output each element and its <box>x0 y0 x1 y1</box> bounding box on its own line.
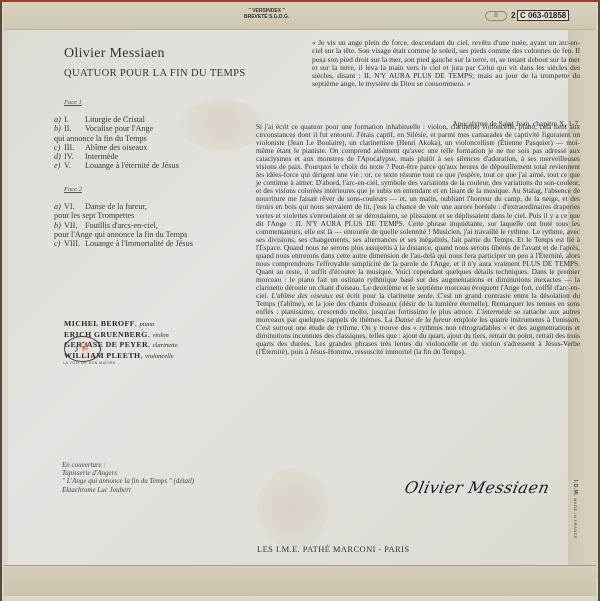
stain-mark <box>258 468 328 548</box>
track-title: Louange à l'éternité de Jésus <box>85 161 179 170</box>
stain-mark <box>178 100 268 150</box>
track-row: a)I.Liturgie de Cristal <box>54 115 179 124</box>
performer-instrument: piano <box>140 321 155 328</box>
track-number: III. <box>64 143 85 152</box>
track-letter: b) <box>54 124 64 133</box>
track-letter: d) <box>54 152 64 161</box>
track-title: Danse de la fureur, <box>85 202 193 211</box>
stereo-badge: B <box>485 11 507 21</box>
logo-caption: LA VOIX DE SON MAÎTRE <box>63 361 116 365</box>
track-row: d)IV.Intermède <box>54 152 179 161</box>
spine-brand: I.D.M. <box>572 480 578 496</box>
spine-print: I.D.M. MADE IN FRANCE <box>572 480 578 539</box>
performer-row: MICHEL BEROFF, piano <box>64 319 178 330</box>
track-row: c)VIII.Louange à l'Immortalité de Jésus <box>54 239 193 248</box>
side-2-tracklist: a)VI.Danse de la fureur,pour les sept Tr… <box>54 202 193 248</box>
performer-instrument: violoncelle <box>145 353 174 360</box>
track-row: c)III.Abîme des oiseaux <box>54 143 179 152</box>
track-title: Liturgie de Cristal <box>85 115 179 124</box>
cover-credit-line: Tapisserie d'Angers <box>62 469 194 477</box>
performer-instrument: violon <box>152 332 168 339</box>
essay-text: Si j'ai écrit ce quatuor pour une format… <box>256 122 580 300</box>
composer-signature: Olivier Messiaen <box>403 478 551 497</box>
track-row: a)VI.Danse de la fureur, <box>54 202 193 211</box>
track-title: Vocalise pour l'Ange <box>85 124 179 133</box>
versindex-mark: " VERSINDEX " BREVETÉ S.G.D.G. <box>244 8 289 20</box>
track-row: b)VII.Fouillis d'arcs-en-ciel, <box>54 221 193 230</box>
publisher-line: LES I.M.E. PATHÉ MARCONI - PARIS <box>257 544 409 554</box>
track-title-continuation: qui annonce la fin du Temps <box>54 134 179 143</box>
track-letter: e) <box>54 161 64 170</box>
track-title-continuation: pour les sept Trompettes <box>54 211 193 220</box>
catalog-number: C 063-01858 <box>517 10 569 21</box>
track-number: II. <box>64 124 85 133</box>
cover-credit-line: En couverture : <box>62 461 194 469</box>
versindex-line2: BREVETÉ S.G.D.G. <box>244 14 289 20</box>
performer-instrument: clarinette <box>153 342 178 349</box>
liner-notes-essay: Si j'ai écrit ce quatuor pour une format… <box>256 123 580 356</box>
track-number: IV. <box>64 152 85 161</box>
track-letter: a) <box>54 202 64 211</box>
track-number: V. <box>64 161 85 170</box>
top-flap: " VERSINDEX " BREVETÉ S.G.D.G. B 2 C 063… <box>4 2 596 30</box>
cover-credit: En couverture :Tapisserie d'Angers" L'An… <box>62 461 194 494</box>
catalog-prefix: 2 <box>511 11 515 20</box>
track-title-continuation: pour l'Ange qui annonce la fin du Temps <box>54 230 193 239</box>
track-letter: c) <box>54 143 64 152</box>
his-masters-voice-logo-icon: ♪🐕 <box>64 336 101 362</box>
composer-name: Olivier Messiaen <box>64 46 165 62</box>
track-letter: a) <box>54 115 64 124</box>
track-letter: b) <box>54 221 64 230</box>
side-1-label: Face 1 <box>64 99 82 106</box>
track-title: Fouillis d'arcs-en-ciel, <box>85 221 193 230</box>
track-number: VIII. <box>64 239 85 248</box>
side-1-tracklist: a)I.Liturgie de Cristalb)II.Vocalise pou… <box>54 115 179 171</box>
cover-credit-line: Ektachrome Luc Joubert <box>62 486 194 494</box>
side-2-label: Face 2 <box>64 186 82 193</box>
cover-credit-line: " L'Ange qui annonce la fin du Temps " (… <box>62 477 194 485</box>
track-number: VI. <box>64 202 85 211</box>
track-row: b)II.Vocalise pour l'Ange <box>54 124 179 133</box>
track-number: I. <box>64 115 85 124</box>
track-row: e)V.Louange à l'éternité de Jésus <box>54 161 179 170</box>
spine-origin: MADE IN FRANCE <box>573 498 578 539</box>
track-title: Louange à l'Immortalité de Jésus <box>85 239 193 248</box>
performer-name: MICHEL BEROFF <box>64 319 135 328</box>
bottom-flap <box>4 565 596 596</box>
work-title: QUATUOR POUR LA FIN DU TEMPS <box>64 68 246 79</box>
track-number: VII. <box>64 221 85 230</box>
track-title: Intermède <box>85 152 179 161</box>
track-title: Abîme des oiseaux <box>85 143 179 152</box>
track-letter: c) <box>54 239 64 248</box>
apocalypse-quote: « Je vis un ange plein de force, descend… <box>312 39 580 89</box>
